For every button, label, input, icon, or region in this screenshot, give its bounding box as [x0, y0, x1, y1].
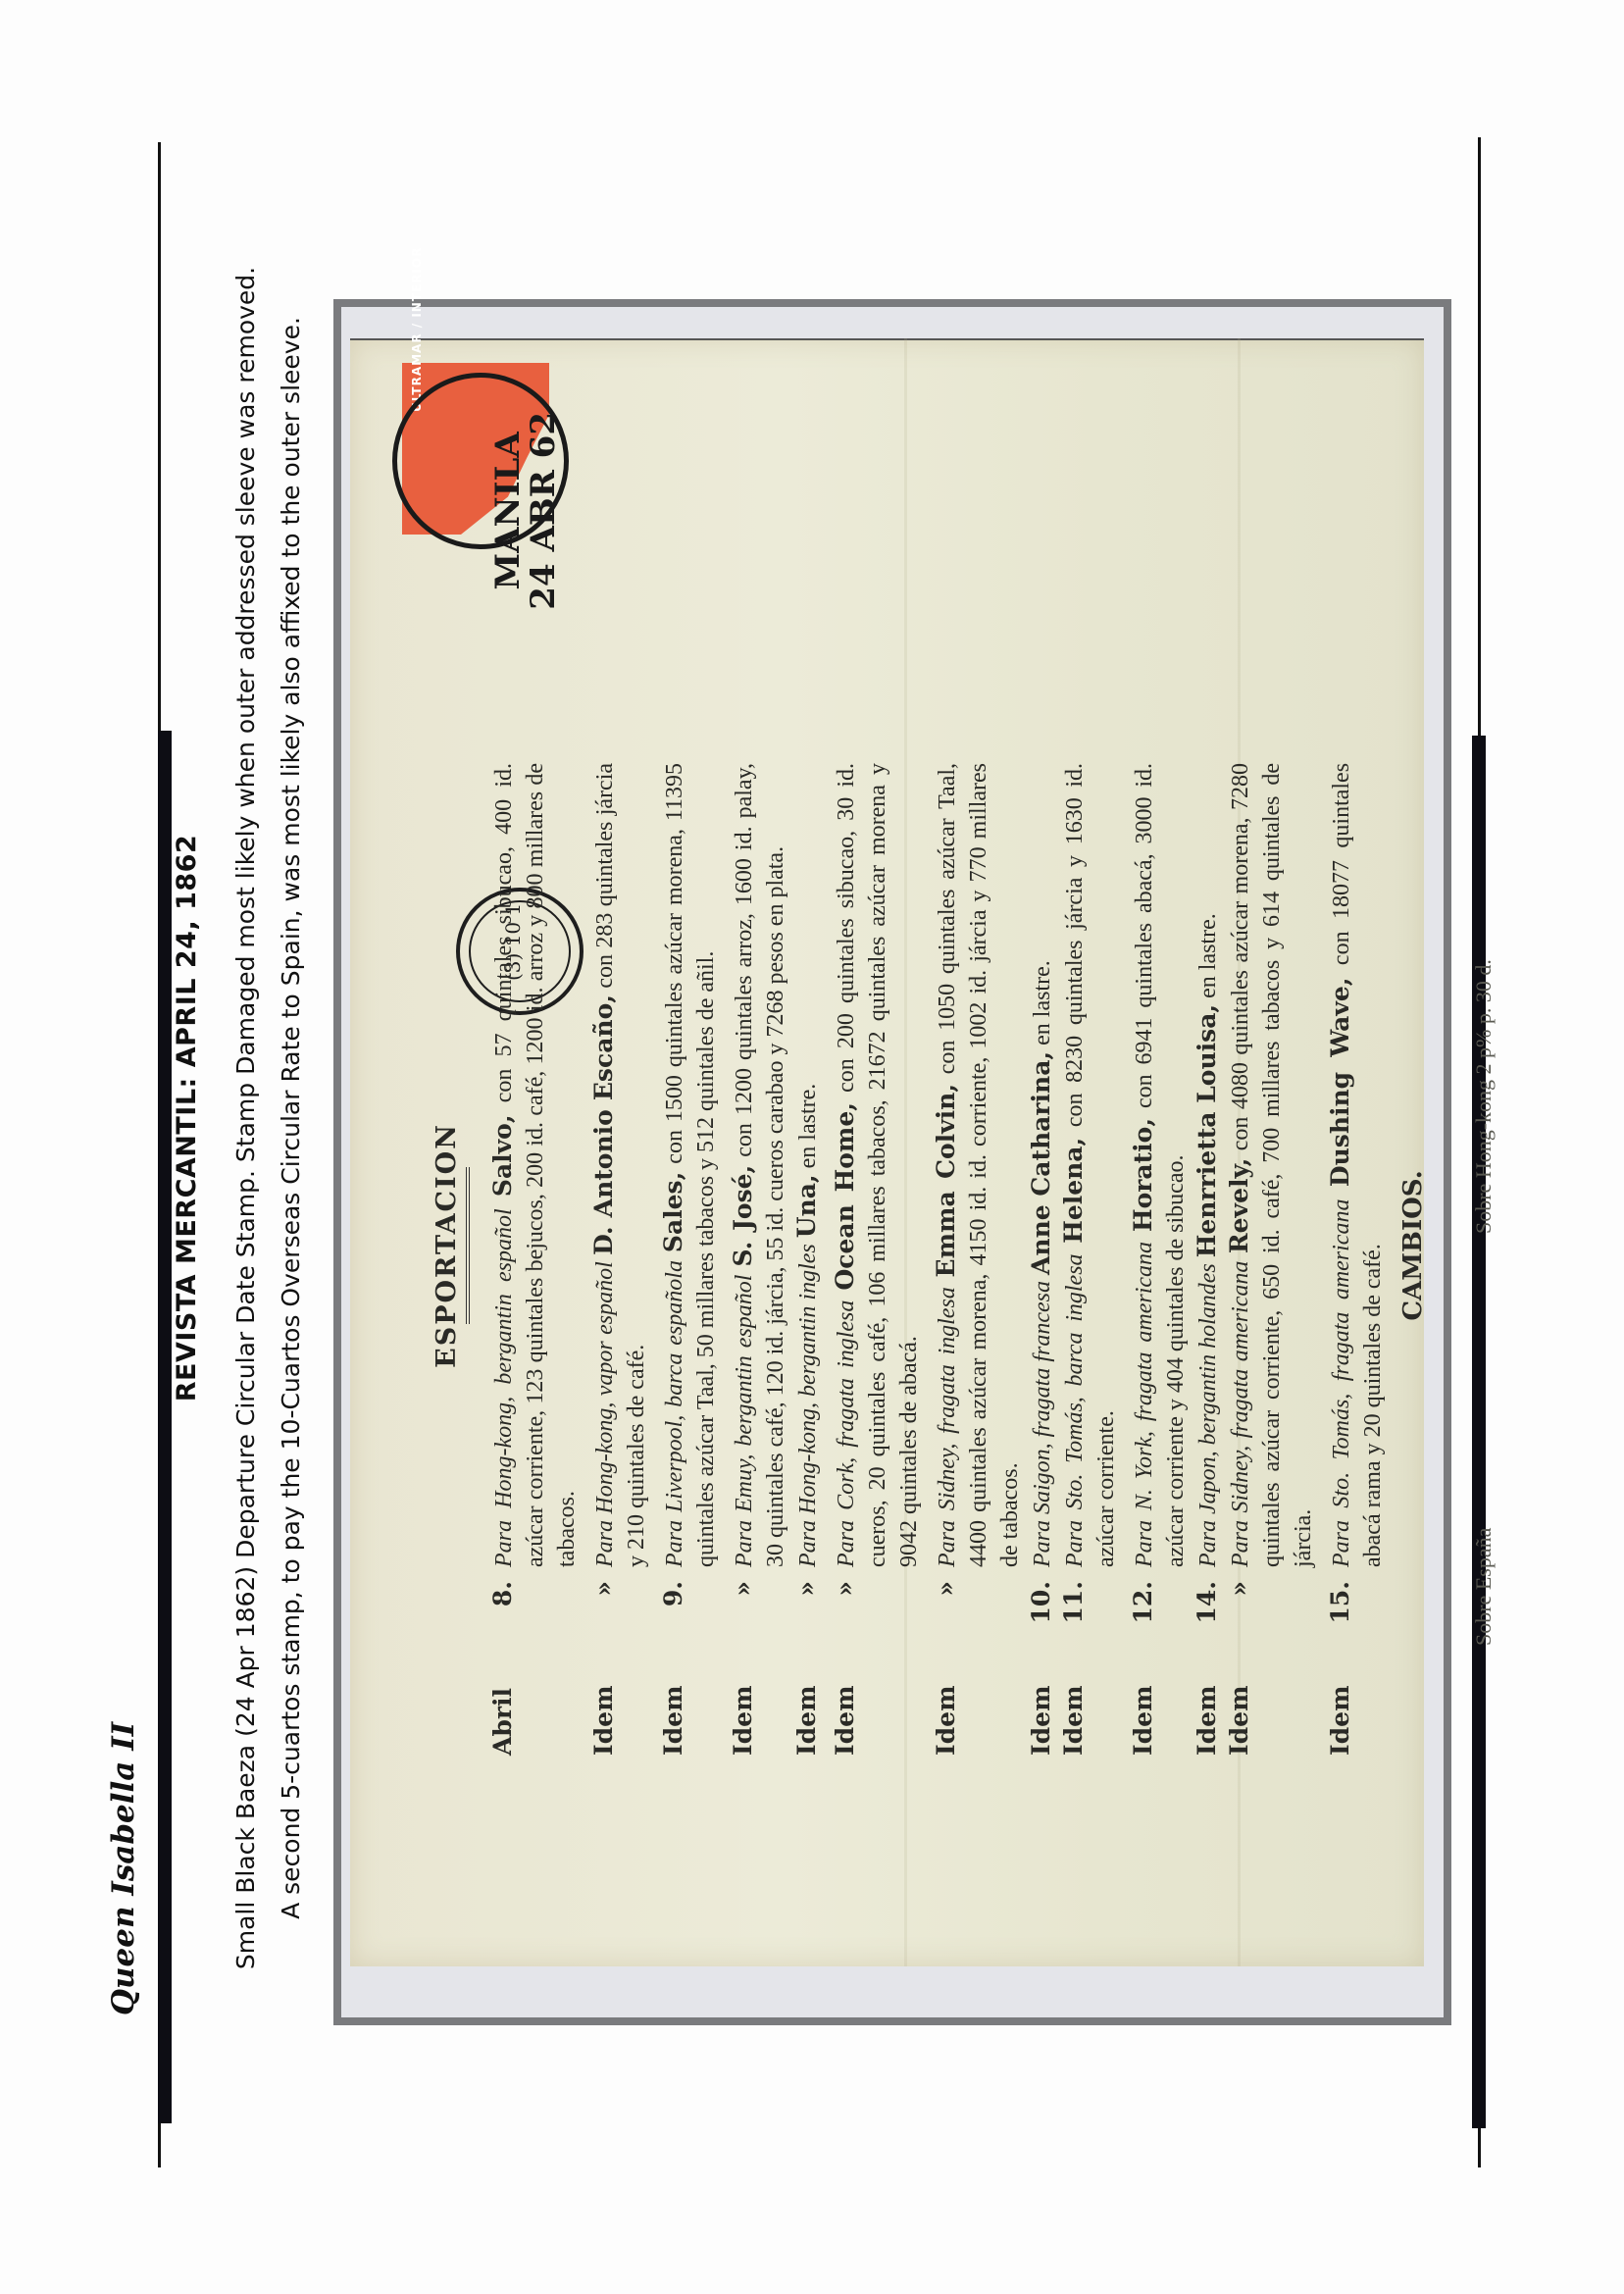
entry-destination: Para Cork, [834, 1457, 859, 1567]
entry-body: Para Sidney, fragata americana Revely, c… [1224, 763, 1319, 1567]
entry-ship-name: Sales, [659, 1172, 687, 1252]
export-entry: Idem»Para Emuy, bergantin español S. Jos… [728, 284, 791, 1756]
entry-vessel-type: fragata inglesa [935, 1287, 960, 1434]
album-page-title: Queen Isabella II [106, 1722, 141, 2015]
entry-body: Para Hong-kong, bergantin español Salvo,… [487, 763, 583, 1567]
entry-month: Abril [487, 1646, 519, 1756]
entry-day: » [588, 1567, 620, 1646]
entry-month: Idem [1224, 1646, 1255, 1756]
export-entry: Idem»Para Sidney, fragata americana Reve… [1224, 284, 1319, 1756]
entry-ship-name: Anne Catharina, [1027, 1051, 1055, 1275]
exchange-lines: Sobre España Sobre Hong-kong 2 p% p. 30 … [1471, 677, 1497, 1756]
entry-month: Idem [1026, 1646, 1057, 1756]
entry-vessel-type: vapor español [592, 1261, 618, 1396]
export-entry: Idem10.Para Saigon, fragata francesa Ann… [1026, 284, 1058, 1756]
entry-day: 9. [658, 1567, 689, 1646]
entry-body: Para Emuy, bergantin español S. José, co… [728, 763, 791, 1567]
entry-destination: Para Emuy, [732, 1454, 757, 1567]
export-entries: Abril8.Para Hong-kong, bergantin español… [487, 284, 1389, 1756]
entry-month: Idem [931, 1646, 962, 1756]
entry-day: 10. [1026, 1567, 1057, 1646]
entry-day: » [791, 1567, 823, 1646]
export-entry: Idem»Para Cork, fragata inglesa Ocean Ho… [830, 284, 925, 1756]
entry-ship-name: Emma Colvin, [932, 1084, 960, 1278]
entry-cargo: en lastre. [795, 1084, 821, 1169]
entry-month: Idem [1192, 1646, 1223, 1756]
entry-body: Para N. York, fragata americana Horatio,… [1128, 763, 1192, 1567]
export-entry: Idem9.Para Liverpool, barca española Sal… [658, 284, 722, 1756]
entry-destination: Para Japon, [1195, 1451, 1221, 1567]
entry-destination: Para Hong-kong, [592, 1402, 618, 1567]
export-entry: Abril8.Para Hong-kong, bergantin español… [487, 284, 583, 1756]
entry-day: » [1224, 1567, 1255, 1646]
entry-month: Idem [830, 1646, 861, 1756]
exchange-line: Sobre España [1471, 1234, 1497, 1646]
entry-vessel-type: fragata francesa [1030, 1281, 1055, 1437]
entry-cargo: en lastre. [1030, 960, 1055, 1045]
entry-month: Idem [1325, 1646, 1356, 1756]
entry-day: 14. [1192, 1567, 1223, 1646]
entry-vessel-type: bergantin español [732, 1275, 757, 1447]
caption-line-1: Small Black Baeza (24 Apr 1862) Departur… [224, 137, 269, 2099]
entry-ship-name: Helena, [1059, 1138, 1088, 1244]
entry-day: » [931, 1567, 962, 1646]
entry-body: Para Saigon, fragata francesa Anne Catha… [1026, 763, 1058, 1567]
entry-ship-name: Horatio, [1129, 1118, 1157, 1232]
entry-vessel-type: bergantin español [491, 1208, 517, 1384]
entry-body: Para Cork, fragata inglesa Ocean Home, c… [830, 763, 925, 1567]
entry-destination: Para Liverpool, [662, 1415, 687, 1567]
entry-destination: Para Hong-kong, [795, 1402, 821, 1567]
export-entry: Idem»Para Hong-kong, vapor español D. An… [588, 284, 652, 1756]
entry-vessel-type: barca española [662, 1260, 687, 1407]
entry-vessel-type: fragata americana [1329, 1199, 1354, 1382]
entry-body: Para Hong-kong, bergantin ingles Una, en… [791, 763, 824, 1567]
entry-ship-name: Revely, [1225, 1158, 1253, 1253]
exchange-heading: CAMBIOS. [1398, 736, 1428, 1756]
entry-day: 15. [1325, 1567, 1356, 1646]
entry-body: Para Sto. Tomás, barca inglesa Helena, c… [1058, 763, 1122, 1567]
entry-month: Idem [728, 1646, 759, 1756]
exhibit-caption: REVISTA MERCANTIL: APRIL 24, 1862 Small … [172, 137, 314, 2099]
export-entry: Idem»Para Hong-kong, bergantin ingles Un… [791, 284, 824, 1756]
entry-destination: Para Hong-kong, [491, 1397, 517, 1567]
entry-ship-name: Salvo, [488, 1114, 517, 1197]
entry-destination: Para Saigon, [1030, 1443, 1055, 1567]
entry-vessel-type: bergantin holandes [1195, 1263, 1221, 1445]
entry-ship-name: D. Antonio Escaño, [589, 994, 618, 1255]
entry-vessel-type: fragata americana [1132, 1242, 1157, 1421]
export-entry: Idem12.Para N. York, fragata americana H… [1128, 284, 1192, 1756]
export-entry: Idem14.Para Japon, bergantin holandes He… [1192, 284, 1224, 1756]
entry-month: Idem [658, 1646, 689, 1756]
entry-vessel-type: fragata inglesa [834, 1300, 859, 1448]
entry-body: Para Sto. Tomás, fragata americana Dushi… [1325, 763, 1389, 1567]
export-entry: Idem»Para Sidney, fragata inglesa Emma C… [931, 284, 1026, 1756]
entry-cargo: en lastre. [1195, 913, 1221, 998]
entry-month: Idem [588, 1646, 620, 1756]
entry-destination: Para N. York, [1132, 1431, 1157, 1567]
stamp-inscription: ULTRAMAR / INTERIOR [410, 247, 424, 412]
entry-ship-name: Una, [792, 1174, 821, 1238]
export-entry: Idem15.Para Sto. Tomás, fragata american… [1325, 284, 1389, 1756]
entry-body: Para Hong-kong, vapor español D. Antonio… [588, 763, 652, 1567]
entry-vessel-type: fragata americana [1228, 1261, 1253, 1439]
entry-body: Para Sidney, fragata inglesa Emma Colvin… [931, 763, 1026, 1567]
entry-ship-name: Ocean Home, [831, 1102, 859, 1290]
caption-title: REVISTA MERCANTIL: APRIL 24, 1862 [172, 137, 202, 2099]
entry-ship-name: Henrrietta Louisa, [1193, 1004, 1221, 1257]
entry-day: 11. [1058, 1567, 1090, 1646]
export-entry: Idem11.Para Sto. Tomás, barca inglesa He… [1058, 284, 1122, 1756]
entry-destination: Para Sidney, [1228, 1446, 1253, 1567]
entry-ship-name: S. José, [729, 1165, 757, 1267]
entry-body: Para Liverpool, barca española Sales, co… [658, 763, 722, 1567]
entry-destination: Para Sidney, [935, 1444, 960, 1567]
left-border-bar [158, 731, 172, 2123]
entry-month: Idem [1058, 1646, 1090, 1756]
newspaper-text: ESPORTACION Abril8.Para Hong-kong, berga… [431, 284, 1497, 1756]
entry-month: Idem [791, 1646, 823, 1756]
heading-rule [466, 1167, 474, 1324]
caption-line-2: A second 5-cuartos stamp, to pay the 10-… [269, 137, 314, 2099]
entry-day: » [830, 1567, 861, 1646]
entry-day: 12. [1128, 1567, 1159, 1646]
entry-month: Idem [1128, 1646, 1159, 1756]
entry-destination: Para Sto. Tomás, [1062, 1397, 1088, 1567]
entry-body: Para Japon, bergantin holandes Henrriett… [1192, 763, 1224, 1567]
entry-destination: Para Sto. Tomás, [1329, 1394, 1354, 1567]
section-heading: ESPORTACION [431, 736, 462, 1756]
exchange-line: Sobre Hong-kong 2 p% p. 30 d. [1471, 959, 1497, 1234]
entry-day: » [728, 1567, 759, 1646]
entry-vessel-type: bergantin ingles [795, 1244, 821, 1397]
entry-ship-name: Dushing Wave, [1326, 977, 1354, 1187]
entry-vessel-type: barca inglesa [1062, 1253, 1088, 1386]
entry-day: 8. [487, 1567, 519, 1646]
